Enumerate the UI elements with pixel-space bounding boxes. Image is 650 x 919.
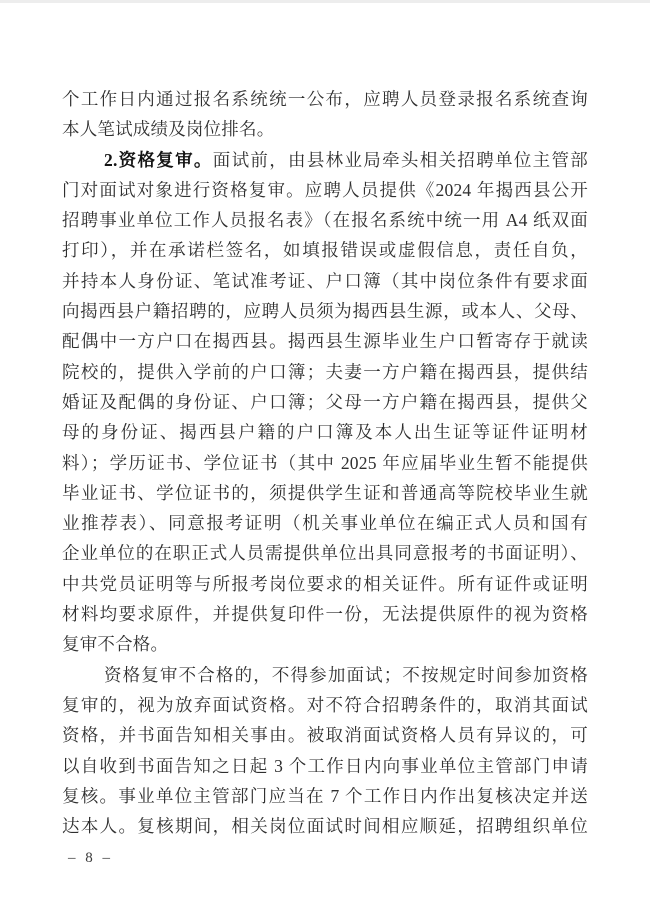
- text-line: 以自收到书面告知之日起 3 个工作日内向事业单位主管部门申请: [62, 751, 588, 781]
- text-line: 母的身份证、揭西县户籍的户口簿及本人出生证等证件证明材: [62, 417, 588, 447]
- text-line: 向揭西县户籍招聘的，应聘人员须为揭西县生源，或本人、父母、: [62, 296, 588, 326]
- text-line: 配偶中一方户口在揭西县。揭西县生源毕业生户口暂寄存于就读: [62, 326, 588, 356]
- text-line: 并持本人身份证、笔试准考证、户口簿（其中岗位条件有要求面: [62, 266, 588, 296]
- page-number: – 8 –: [68, 850, 113, 867]
- text-line: 个工作日内通过报名系统统一公布，应聘人员登录报名系统查询: [62, 84, 588, 114]
- text-run: 个工作日内通过报名系统统一公布，应聘人员登录报名系统查询: [62, 89, 588, 109]
- text-run: 资格，并书面告知相关事由。被取消面试资格人员有异议的，可: [62, 725, 588, 745]
- text-run: 复审不合格。: [62, 634, 168, 654]
- text-line: 中共党员证明等与所报考岗位要求的相关证件。所有证件或证明: [62, 569, 588, 599]
- text-run: 毕业证书、学位证书的，须提供学生证和普通高等院校毕业生就: [62, 483, 588, 503]
- text-run: 配偶中一方户口在揭西县。揭西县生源毕业生户口暂寄存于就读: [62, 331, 588, 351]
- text-run: 婚证及配偶的身份证、户口簿；父母一方户籍在揭西县，提供父: [62, 392, 588, 412]
- text-run: 材料均要求原件，并提供复印件一份，无法提供原件的视为资格: [62, 604, 588, 624]
- text-run: 企业单位的在职正式人员需提供单位出具同意报考的书面证明）、: [62, 543, 588, 563]
- text-run: 业推荐表）、同意报考证明（机关事业单位在编正式人员和国有: [62, 513, 588, 533]
- text-line: 材料均要求原件，并提供复印件一份，无法提供原件的视为资格: [62, 599, 588, 629]
- scan-edge: [0, 0, 650, 3]
- text-line: 打印），并在承诺栏签名，如填报错误或虚假信息，责任自负，: [62, 235, 588, 265]
- text-line: 2.资格复审。面试前，由县林业局牵头相关招聘单位主管部: [62, 145, 588, 175]
- text-line: 门对面试对象进行资格复审。应聘人员提供《2024 年揭西县公开: [62, 175, 588, 205]
- text-line: 毕业证书、学位证书的，须提供学生证和普通高等院校毕业生就: [62, 478, 588, 508]
- text-run: 中共党员证明等与所报考岗位要求的相关证件。所有证件或证明: [62, 574, 588, 594]
- text-run: 并持本人身份证、笔试准考证、户口簿（其中岗位条件有要求面: [62, 271, 588, 291]
- text-line: 复审的，视为放弃面试资格。对不符合招聘条件的，取消其面试: [62, 690, 588, 720]
- text-run: 料）；学历证书、学位证书（其中 2025 年应届毕业生暂不能提供: [62, 453, 588, 473]
- text-line: 复审不合格。: [62, 629, 588, 659]
- text-run: 母的身份证、揭西县户籍的户口簿及本人出生证等证件证明材: [62, 422, 588, 442]
- text-line: 达本人。复核期间，相关岗位面试时间相应顺延，招聘组织单位: [62, 811, 588, 841]
- text-line: 婚证及配偶的身份证、户口簿；父母一方户籍在揭西县，提供父: [62, 387, 588, 417]
- text-run: 打印），并在承诺栏签名，如填报错误或虚假信息，责任自负，: [62, 240, 588, 260]
- text-run: 招聘事业单位工作人员报名表》（在报名系统中统一用 A4 纸双面: [62, 210, 588, 230]
- text-run: 本人笔试成绩及岗位排名。: [62, 119, 274, 139]
- text-run: 复核。事业单位主管部门应当在 7 个工作日内作出复核决定并送: [62, 786, 588, 806]
- bold-text-run: 2.资格复审。: [104, 150, 213, 170]
- text-line: 院校的，提供入学前的户口簿；夫妻一方户籍在揭西县，提供结: [62, 357, 588, 387]
- text-line: 本人笔试成绩及岗位排名。: [62, 114, 588, 144]
- text-run: 向揭西县户籍招聘的，应聘人员须为揭西县生源，或本人、父母、: [62, 301, 588, 321]
- text-line: 复核。事业单位主管部门应当在 7 个工作日内作出复核决定并送: [62, 781, 588, 811]
- text-run: 复审的，视为放弃面试资格。对不符合招聘条件的，取消其面试: [62, 695, 588, 715]
- text-run: 院校的，提供入学前的户口簿；夫妻一方户籍在揭西县，提供结: [62, 362, 588, 382]
- text-line: 业推荐表）、同意报考证明（机关事业单位在编正式人员和国有: [62, 508, 588, 538]
- text-run: 面试前，由县林业局牵头相关招聘单位主管部: [213, 150, 588, 170]
- text-run: 门对面试对象进行资格复审。应聘人员提供《2024 年揭西县公开: [62, 180, 588, 200]
- text-line: 资格复审不合格的，不得参加面试；不按规定时间参加资格: [62, 660, 588, 690]
- text-run: 以自收到书面告知之日起 3 个工作日内向事业单位主管部门申请: [62, 756, 588, 776]
- text-line: 招聘事业单位工作人员报名表》（在报名系统中统一用 A4 纸双面: [62, 205, 588, 235]
- text-run: 资格复审不合格的，不得参加面试；不按规定时间参加资格: [104, 665, 588, 685]
- document-page: 个工作日内通过报名系统统一公布，应聘人员登录报名系统查询本人笔试成绩及岗位排名。…: [0, 0, 650, 919]
- text-line: 资格，并书面告知相关事由。被取消面试资格人员有异议的，可: [62, 720, 588, 750]
- text-line: 料）；学历证书、学位证书（其中 2025 年应届毕业生暂不能提供: [62, 448, 588, 478]
- text-run: 达本人。复核期间，相关岗位面试时间相应顺延，招聘组织单位: [62, 816, 588, 836]
- text-block: 个工作日内通过报名系统统一公布，应聘人员登录报名系统查询本人笔试成绩及岗位排名。…: [62, 84, 588, 841]
- text-line: 企业单位的在职正式人员需提供单位出具同意报考的书面证明）、: [62, 538, 588, 568]
